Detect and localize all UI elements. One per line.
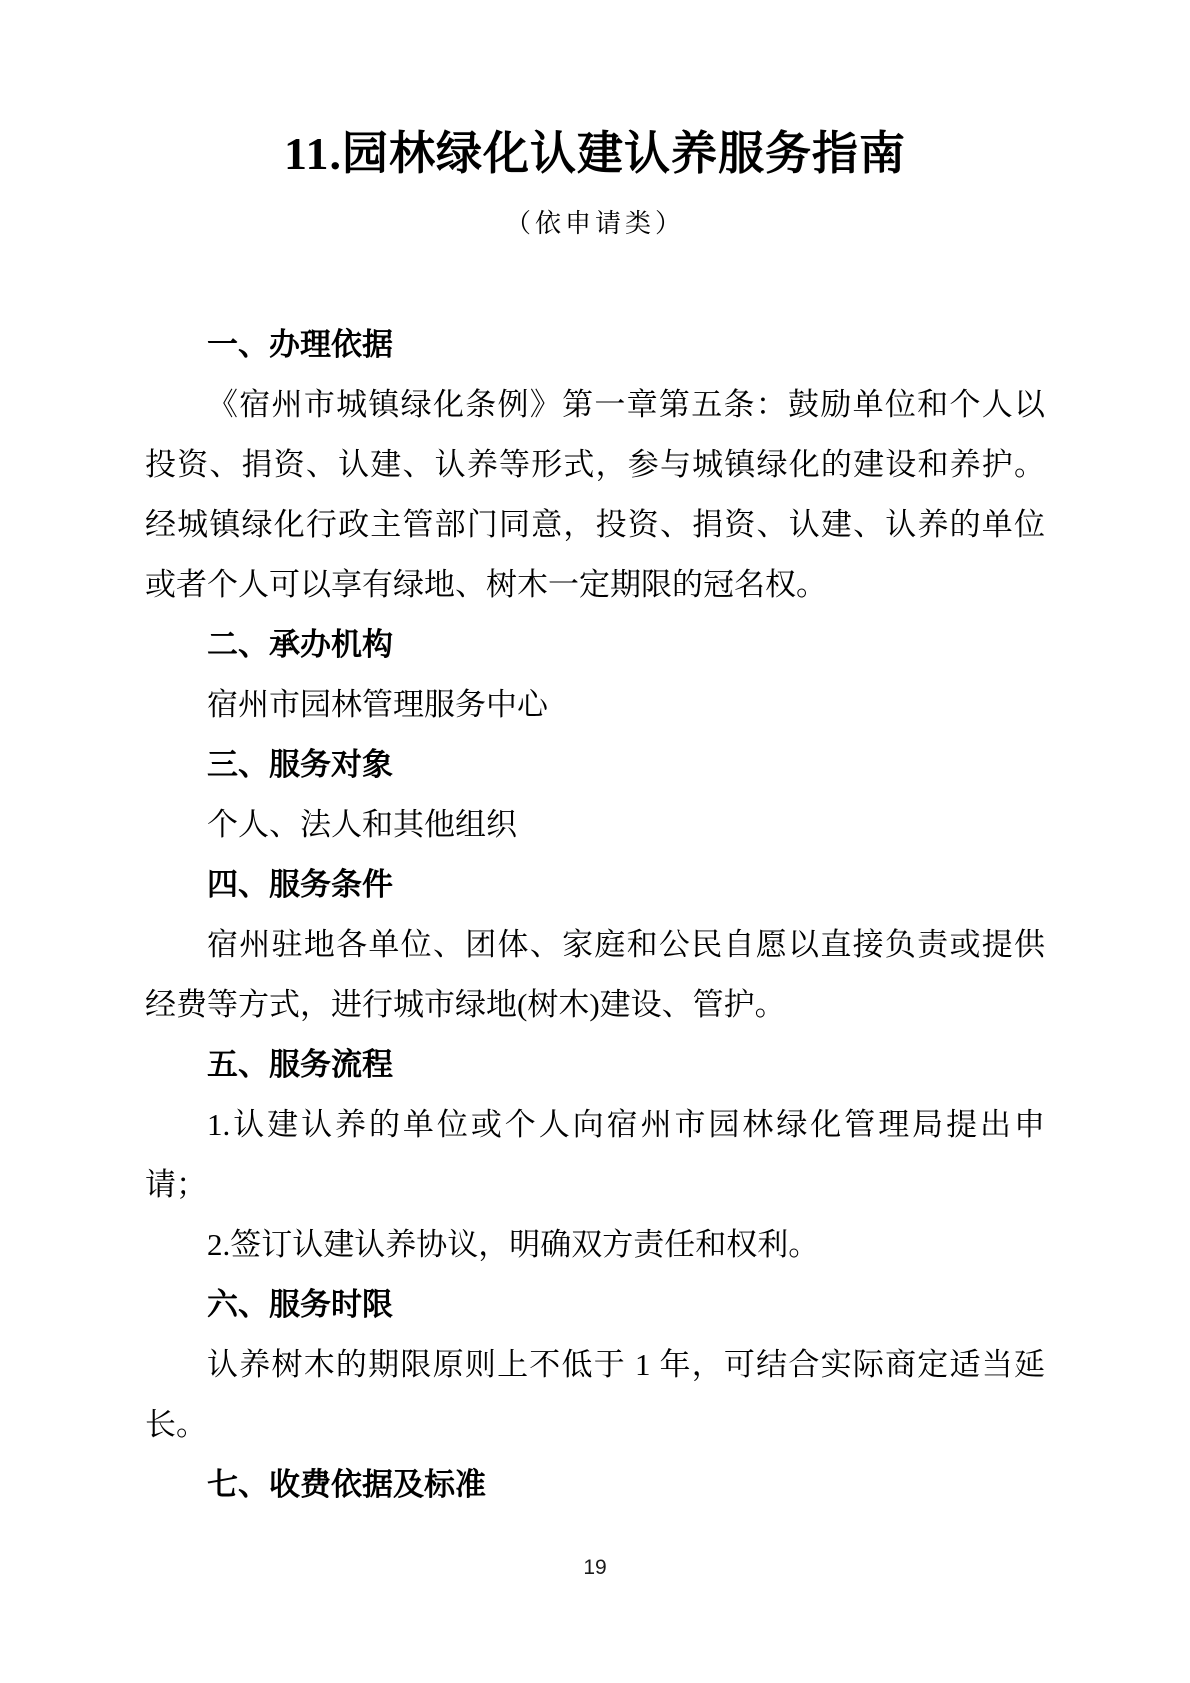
body-line: 或者个人可以享有绿地、树木一定期限的冠名权。: [145, 555, 1045, 615]
document-title: 11.园林绿化认建认养服务指南: [0, 0, 1190, 181]
section-heading: 三、服务对象: [145, 735, 1045, 795]
body-line: 认养树木的期限原则上不低于 1 年，可结合实际商定适当延: [145, 1335, 1045, 1395]
document-body: 一、办理依据《宿州市城镇绿化条例》第一章第五条：鼓励单位和个人以投资、捐资、认建…: [0, 315, 1190, 1515]
body-line: 长。: [145, 1395, 1045, 1455]
body-line: 2.签订认建认养协议，明确双方责任和权利。: [145, 1215, 1045, 1275]
body-line: 宿州驻地各单位、团体、家庭和公民自愿以直接负责或提供: [145, 915, 1045, 975]
body-line: 1.认建认养的单位或个人向宿州市园林绿化管理局提出申: [145, 1095, 1045, 1155]
body-line: 经费等方式，进行城市绿地(树木)建设、管护。: [145, 975, 1045, 1035]
section-heading: 一、办理依据: [145, 315, 1045, 375]
body-line: 经城镇绿化行政主管部门同意，投资、捐资、认建、认养的单位: [145, 495, 1045, 555]
page-number: 19: [0, 1556, 1190, 1580]
body-line: 个人、法人和其他组织: [145, 795, 1045, 855]
document-page: 11.园林绿化认建认养服务指南 （依申请类） 一、办理依据《宿州市城镇绿化条例》…: [0, 0, 1190, 1683]
section-heading: 七、收费依据及标准: [145, 1455, 1045, 1515]
section-heading: 五、服务流程: [145, 1035, 1045, 1095]
section-heading: 二、承办机构: [145, 615, 1045, 675]
section-heading: 六、服务时限: [145, 1275, 1045, 1335]
body-line: 《宿州市城镇绿化条例》第一章第五条：鼓励单位和个人以: [145, 375, 1045, 435]
body-line: 投资、捐资、认建、认养等形式，参与城镇绿化的建设和养护。: [145, 435, 1045, 495]
body-line: 宿州市园林管理服务中心: [145, 675, 1045, 735]
document-subtitle: （依申请类）: [0, 207, 1190, 241]
body-line: 请；: [145, 1155, 1045, 1215]
section-heading: 四、服务条件: [145, 855, 1045, 915]
